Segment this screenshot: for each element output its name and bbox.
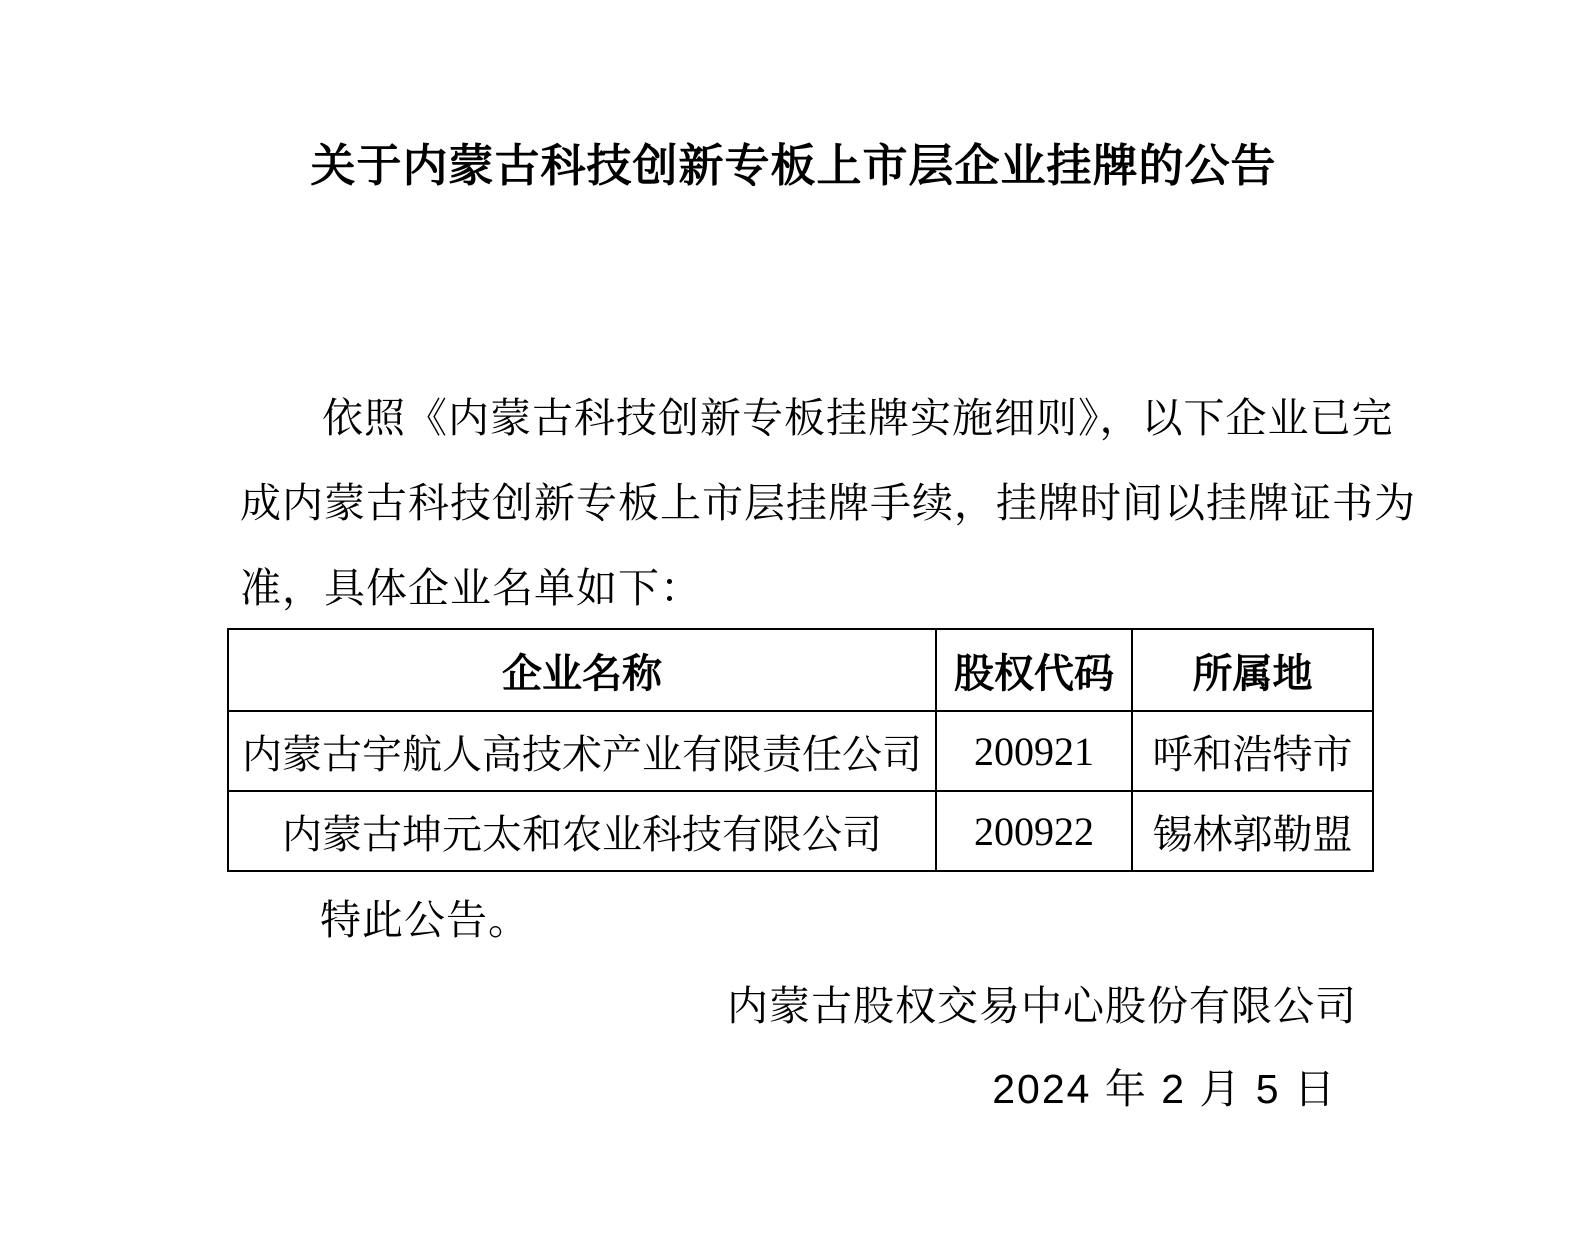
companies-table: 企业名称 股权代码 所属地 内蒙古宇航人高技术产业有限责任公司 200921 呼…	[227, 628, 1374, 872]
header-company-name: 企业名称	[228, 629, 936, 711]
announcement-page: 关于内蒙古科技创新专板上市层企业挂牌的公告 依照《内蒙古科技创新专板挂牌实施细则…	[0, 0, 1587, 1258]
equity-code-cell: 200921	[936, 711, 1132, 791]
body-line-1: 依照《内蒙古科技创新专板挂牌实施细则》，以下企业已完	[240, 376, 1370, 461]
page-title: 关于内蒙古科技创新专板上市层企业挂牌的公告	[0, 136, 1587, 196]
body-paragraph: 依照《内蒙古科技创新专板挂牌实施细则》，以下企业已完 成内蒙古科技创新专板上市层…	[240, 376, 1370, 631]
closing-note: 特此公告。	[240, 878, 530, 963]
header-region: 所属地	[1132, 629, 1373, 711]
header-equity-code: 股权代码	[936, 629, 1132, 711]
body-line-3: 准，具体企业名单如下：	[240, 546, 1370, 631]
signature-date: 2024 年 2 月 5 日	[992, 1047, 1337, 1132]
table-row: 内蒙古宇航人高技术产业有限责任公司 200921 呼和浩特市	[228, 711, 1373, 791]
region-cell: 锡林郭勒盟	[1132, 791, 1373, 871]
region-cell: 呼和浩特市	[1132, 711, 1373, 791]
table-row: 内蒙古坤元太和农业科技有限公司 200922 锡林郭勒盟	[228, 791, 1373, 871]
company-name-cell: 内蒙古宇航人高技术产业有限责任公司	[228, 711, 936, 791]
table-header-row: 企业名称 股权代码 所属地	[228, 629, 1373, 711]
equity-code-cell: 200922	[936, 791, 1132, 871]
company-name-cell: 内蒙古坤元太和农业科技有限公司	[228, 791, 936, 871]
body-line-2: 成内蒙古科技创新专板上市层挂牌手续，挂牌时间以挂牌证书为	[240, 461, 1370, 546]
signature-company: 内蒙古股权交易中心股份有限公司	[727, 964, 1357, 1049]
